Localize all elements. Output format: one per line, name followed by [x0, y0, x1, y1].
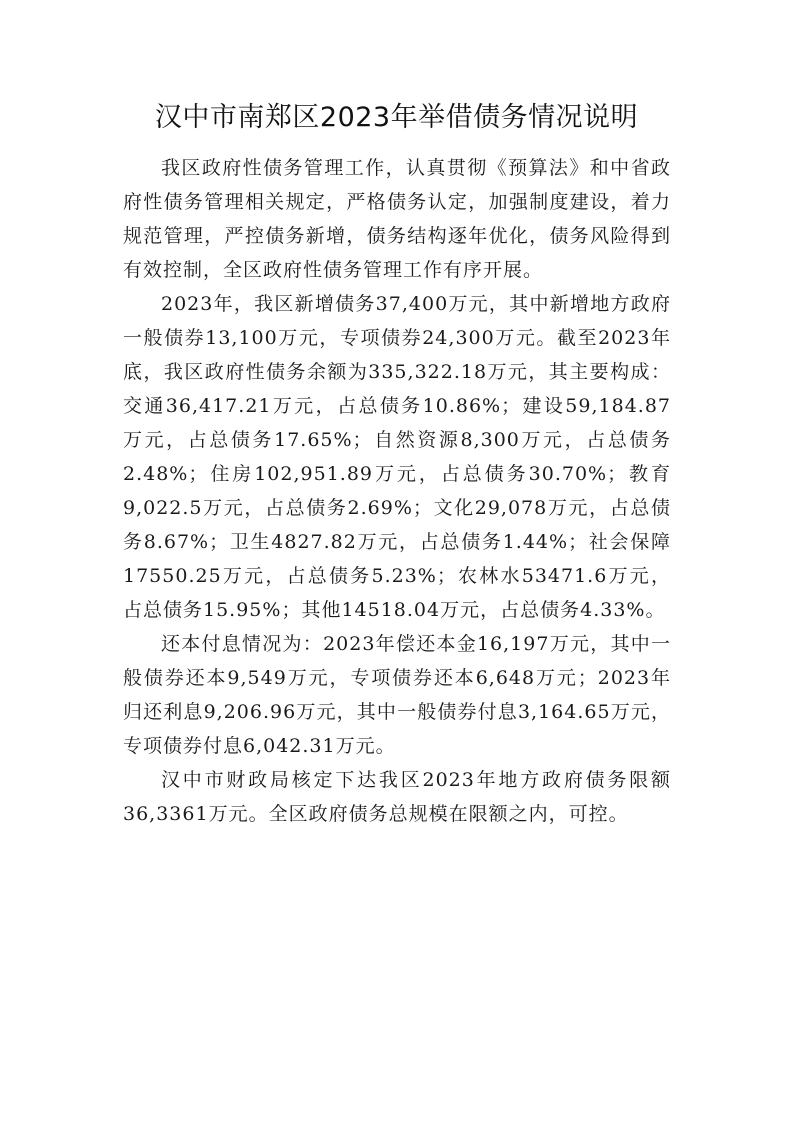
paragraph-new-debt-and-composition: 2023年，我区新增债务37,400万元，其中新增地方政府一般债券13,100万…	[123, 287, 671, 627]
document-page: 汉中市南郑区2023年举借债务情况说明 我区政府性债务管理工作，认真贯彻《预算法…	[0, 0, 793, 1122]
paragraph-debt-limit: 汉中市财政局核定下达我区2023年地方政府债务限额36,3361万元。全区政府债…	[123, 763, 671, 831]
paragraph-repayment-and-interest: 还本付息情况为：2023年偿还本金16,197万元，其中一般债券还本9,549万…	[123, 627, 671, 763]
document-body: 我区政府性债务管理工作，认真贯彻《预算法》和中省政府性债务管理相关规定，严格债务…	[123, 151, 671, 831]
document-title: 汉中市南郑区2023年举借债务情况说明	[0, 98, 793, 138]
paragraph-debt-management-overview: 我区政府性债务管理工作，认真贯彻《预算法》和中省政府性债务管理相关规定，严格债务…	[123, 151, 671, 287]
